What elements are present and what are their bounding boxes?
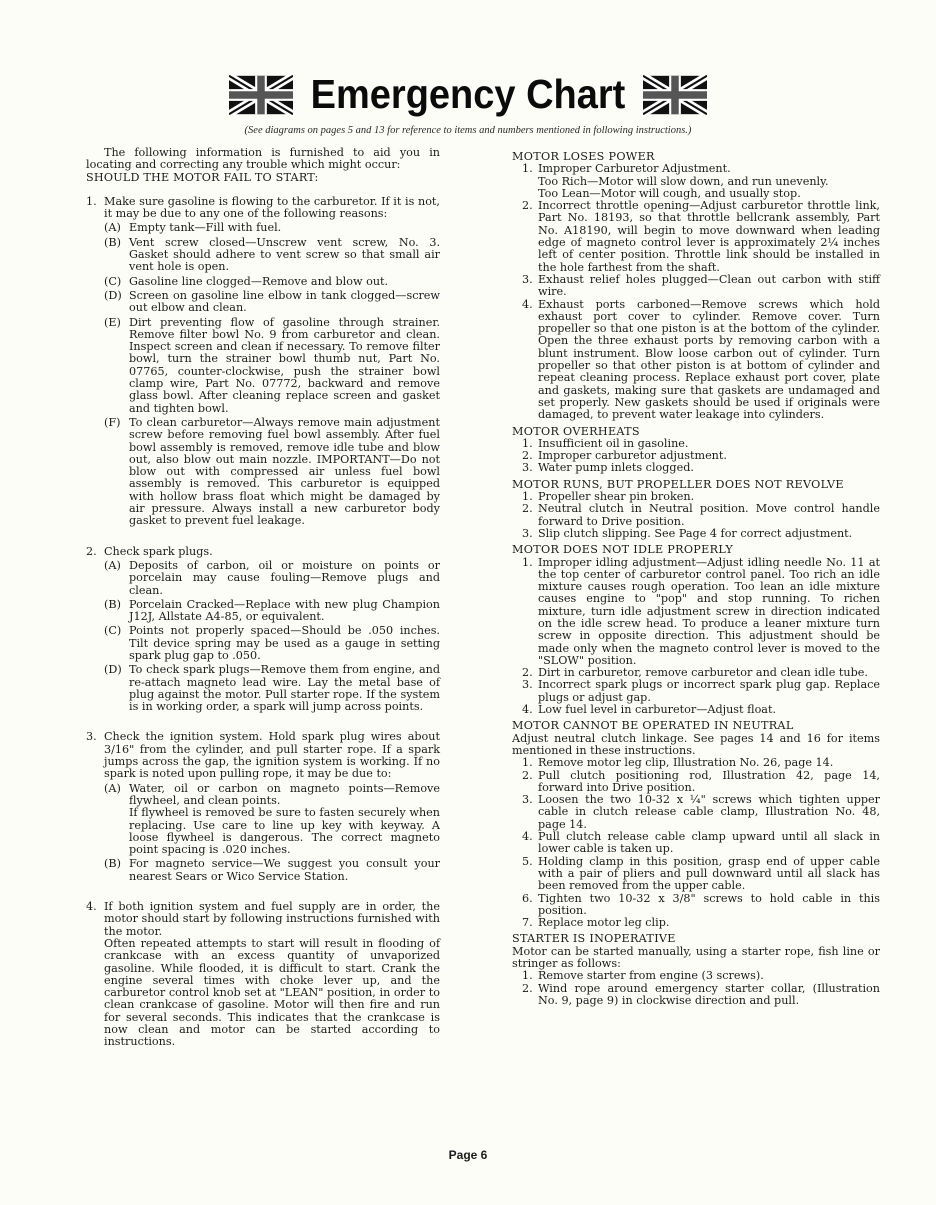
list-item: 3.Exhaust relief holes plugged—Clean out… [512,274,880,299]
item-body: Neutral clutch in Neutral position. Move… [538,503,880,528]
sub-item-label: (B) [104,599,129,624]
sub-item-body: Gasoline line clogged—Remove and blow ou… [129,276,440,288]
sub-item-body: Deposits of carbon, oil or moisture on p… [129,560,440,597]
item-text: Remove motor leg clip, Illustration No. … [538,757,880,769]
item-number: 1. [86,196,104,528]
item-body: Check the ignition system. Hold spark pl… [104,731,440,883]
sub-item-extra: If flywheel is removed be sure to fasten… [129,807,440,856]
item-number: 4. [522,299,538,422]
trouble-section: MOTOR OVERHEATS1.Insufficient oil in gas… [512,426,880,475]
item-number: 1. [522,557,538,668]
sub-item-label: (A) [104,222,129,234]
item-number: 3. [522,679,538,704]
item-body: Loosen the two 10-32 x ¼" screws which t… [538,794,880,831]
sub-item-label: (E) [104,317,129,415]
sub-item-body: To clean carburetor—Always remove main a… [129,417,440,528]
union-jack-flag-icon [643,75,707,115]
item-number: 4. [522,704,538,716]
list-item: 3.Water pump inlets clogged. [512,462,880,474]
list-item: 1.Improper Carburetor Adjustment.Too Ric… [512,163,880,200]
item-extra-text: Often repeated attempts to start will re… [104,938,440,1049]
sub-item-body: To check spark plugs—Remove them from en… [129,664,440,713]
list-item: 1.Remove starter from engine (3 screws). [512,970,880,982]
item-body: If both ignition system and fuel supply … [104,901,440,1049]
item-number: 3. [522,528,538,540]
list-item: 7.Replace motor leg clip. [512,917,880,929]
item-text: If both ignition system and fuel supply … [104,901,440,938]
sub-item-label: (D) [104,290,129,315]
item-body: Water pump inlets clogged. [538,462,880,474]
sub-item-text: Dirt preventing flow of gasoline through… [129,317,440,415]
item-number: 3. [522,462,538,474]
sub-item-label: (B) [104,858,129,883]
item-body: Exhaust relief holes plugged—Clean out c… [538,274,880,299]
sub-item: (B)Porcelain Cracked—Replace with new pl… [104,599,440,624]
item-text: Incorrect throttle opening—Adjust carbur… [538,200,880,274]
trouble-section: MOTOR CANNOT BE OPERATED IN NEUTRALAdjus… [512,720,880,929]
sub-item: (E)Dirt preventing flow of gasoline thro… [104,317,440,415]
item-body: Improper idling adjustment—Adjust idling… [538,557,880,668]
item-text: Water pump inlets clogged. [538,462,880,474]
sub-item-text: Empty tank—Fill with fuel. [129,222,440,234]
item-text: Slip clutch slipping. See Page 4 for cor… [538,528,880,540]
sub-item-label: (B) [104,237,129,274]
item-body: Remove motor leg clip, Illustration No. … [538,757,880,769]
sub-item-body: Screen on gasoline line elbow in tank cl… [129,290,440,315]
sub-item-body: Points not properly spaced—Should be .05… [129,625,440,662]
sub-item: (C)Gasoline line clogged—Remove and blow… [104,276,440,288]
sub-item-label: (F) [104,417,129,528]
item-text: Make sure gasoline is flowing to the car… [104,196,440,221]
sub-item-text: For magneto service—We suggest you consu… [129,858,440,883]
sub-item-text: Screen on gasoline line elbow in tank cl… [129,290,440,315]
item-body: Slip clutch slipping. See Page 4 for cor… [538,528,880,540]
list-item: 2.Neutral clutch in Neutral position. Mo… [512,503,880,528]
sub-item: (C)Points not properly spaced—Should be … [104,625,440,662]
item-text: Loosen the two 10-32 x ¼" screws which t… [538,794,880,831]
sub-item-body: Porcelain Cracked—Replace with new plug … [129,599,440,624]
sub-item-label: (C) [104,276,129,288]
item-number: 2. [522,770,538,795]
item-text: Improper idling adjustment—Adjust idling… [538,557,880,668]
item-text: Replace motor leg clip. [538,917,880,929]
item-text: Pull clutch positioning rod, Illustratio… [538,770,880,795]
item-number: 4. [522,831,538,856]
sub-item: (D)To check spark plugs—Remove them from… [104,664,440,713]
item-number: 5. [522,856,538,893]
troubleshooting-sections: MOTOR LOSES POWER1.Improper Carburetor A… [512,151,880,1007]
sub-item-body: For magneto service—We suggest you consu… [129,858,440,883]
sub-item-label: (A) [104,560,129,597]
item-text: Check the ignition system. Hold spark pl… [104,731,440,780]
item-number: 2. [522,983,538,1008]
item-number: 6. [522,893,538,918]
sub-item-text: Porcelain Cracked—Replace with new plug … [129,599,440,624]
section-heading: MOTOR OVERHEATS [512,426,880,438]
section-intro: Motor can be started manually, using a s… [512,946,880,971]
trouble-section: MOTOR DOES NOT IDLE PROPERLY1.Improper i… [512,544,880,716]
item-text: Exhaust relief holes plugged—Clean out c… [538,274,880,299]
item-body: Incorrect spark plugs or incorrect spark… [538,679,880,704]
item-text: Pull clutch release cable clamp upward u… [538,831,880,856]
list-item: 4.Low fuel level in carburetor—Adjust fl… [512,704,880,716]
item-text: Incorrect spark plugs or incorrect spark… [538,679,880,704]
sub-item: (B)For magneto service—We suggest you co… [104,858,440,883]
sub-item: (F)To clean carburetor—Always remove mai… [104,417,440,528]
list-item: 2.Wind rope around emergency starter col… [512,983,880,1008]
sub-item: (A)Water, oil or carbon on magneto point… [104,783,440,857]
sub-item-label: (C) [104,625,129,662]
item-text: Holding clamp in this position, grasp en… [538,856,880,893]
section-heading-fail-to-start: SHOULD THE MOTOR FAIL TO START: [86,172,440,184]
item-body: Remove starter from engine (3 screws). [538,970,880,982]
list-item: 4.Exhaust ports carboned—Remove screws w… [512,299,880,422]
sub-item: (A)Empty tank—Fill with fuel. [104,222,440,234]
list-item: 6.Tighten two 10-32 x 3/8" screws to hol… [512,893,880,918]
sub-item-body: Dirt preventing flow of gasoline through… [129,317,440,415]
page-title: Emergency Chart [311,72,626,118]
sub-item-label: (A) [104,783,129,857]
intro-paragraph: The following information is furnished t… [86,147,440,172]
item-number: 1. [522,757,538,769]
sub-item-text: Points not properly spaced—Should be .05… [129,625,440,662]
sub-item-text: Gasoline line clogged—Remove and blow ou… [129,276,440,288]
sub-item-body: Vent screw closed—Unscrew vent screw, No… [129,237,440,274]
item-number: 3. [522,794,538,831]
trouble-section: STARTER IS INOPERATIVEMotor can be start… [512,933,880,1007]
list-item: 3.Incorrect spark plugs or incorrect spa… [512,679,880,704]
item-text: Improper Carburetor Adjustment. [538,163,880,175]
page-header: Emergency Chart [0,70,936,120]
sub-item-body: Water, oil or carbon on magneto points—R… [129,783,440,857]
item-text: Low fuel level in carburetor—Adjust floa… [538,704,880,716]
item-text: Wind rope around emergency starter colla… [538,983,880,1008]
item-number: 2. [522,503,538,528]
sub-item-body: Empty tank—Fill with fuel. [129,222,440,234]
item-body: Tighten two 10-32 x 3/8" screws to hold … [538,893,880,918]
item-number: 2. [86,546,104,714]
item-text: Remove starter from engine (3 screws). [538,970,880,982]
list-item: 1.Remove motor leg clip, Illustration No… [512,757,880,769]
list-item: 3.Loosen the two 10-32 x ¼" screws which… [512,794,880,831]
list-item: 2.Pull clutch positioning rod, Illustrat… [512,770,880,795]
item-body: Low fuel level in carburetor—Adjust floa… [538,704,880,716]
item-body: Incorrect throttle opening—Adjust carbur… [538,200,880,274]
item-number: 7. [522,917,538,929]
trouble-section: MOTOR LOSES POWER1.Improper Carburetor A… [512,151,880,422]
list-item: 1.Make sure gasoline is flowing to the c… [86,196,440,528]
item-text: Tighten two 10-32 x 3/8" screws to hold … [538,893,880,918]
list-item: 1.Improper idling adjustment—Adjust idli… [512,557,880,668]
right-column: MOTOR LOSES POWER1.Improper Carburetor A… [512,147,880,1007]
sub-item-text: To clean carburetor—Always remove main a… [129,417,440,528]
list-item: 3.Check the ignition system. Hold spark … [86,731,440,883]
list-item: 4.If both ignition system and fuel suppl… [86,901,440,1049]
section-heading: STARTER IS INOPERATIVE [512,933,880,945]
list-item: 2.Check spark plugs.(A)Deposits of carbo… [86,546,440,714]
list-item: 2.Incorrect throttle opening—Adjust carb… [512,200,880,274]
sub-item: (B)Vent screw closed—Unscrew vent screw,… [104,237,440,274]
item-text: Exhaust ports carboned—Remove screws whi… [538,299,880,422]
item-number: 4. [86,901,104,1049]
item-body: Replace motor leg clip. [538,917,880,929]
sub-item-text: Deposits of carbon, oil or moisture on p… [129,560,440,597]
list-item: 5.Holding clamp in this position, grasp … [512,856,880,893]
item-text: Neutral clutch in Neutral position. Move… [538,503,880,528]
section-heading: MOTOR DOES NOT IDLE PROPERLY [512,544,880,556]
sub-item: (D)Screen on gasoline line elbow in tank… [104,290,440,315]
page-number: Page 6 [0,1148,936,1162]
sub-item-text: Vent screw closed—Unscrew vent screw, No… [129,237,440,274]
trouble-section: MOTOR RUNS, BUT PROPELLER DOES NOT REVOL… [512,479,880,540]
left-column: The following information is furnished t… [86,147,440,1049]
item-body: Pull clutch release cable clamp upward u… [538,831,880,856]
union-jack-flag-icon [229,75,293,115]
item-number: 1. [522,970,538,982]
fail-to-start-list: 1.Make sure gasoline is flowing to the c… [86,196,440,1049]
section-heading: MOTOR CANNOT BE OPERATED IN NEUTRAL [512,720,880,732]
item-text: Check spark plugs. [104,546,440,558]
subtitle-note: (See diagrams on pages 5 and 13 for refe… [0,125,936,136]
sub-item-label: (D) [104,664,129,713]
item-number: 2. [522,200,538,274]
sub-item-text: To check spark plugs—Remove them from en… [129,664,440,713]
sub-item-text: Water, oil or carbon on magneto points—R… [129,783,440,808]
item-body: Pull clutch positioning rod, Illustratio… [538,770,880,795]
item-body: Improper Carburetor Adjustment.Too Rich—… [538,163,880,200]
item-body: Holding clamp in this position, grasp en… [538,856,880,893]
list-item: 3.Slip clutch slipping. See Page 4 for c… [512,528,880,540]
item-number: 1. [522,163,538,200]
item-number: 3. [86,731,104,883]
sub-item: (A)Deposits of carbon, oil or moisture o… [104,560,440,597]
item-number: 3. [522,274,538,299]
item-body: Check spark plugs.(A)Deposits of carbon,… [104,546,440,714]
list-item: 4.Pull clutch release cable clamp upward… [512,831,880,856]
section-intro: Adjust neutral clutch linkage. See pages… [512,733,880,758]
item-body: Make sure gasoline is flowing to the car… [104,196,440,528]
item-body: Exhaust ports carboned—Remove screws whi… [538,299,880,422]
item-body: Wind rope around emergency starter colla… [538,983,880,1008]
